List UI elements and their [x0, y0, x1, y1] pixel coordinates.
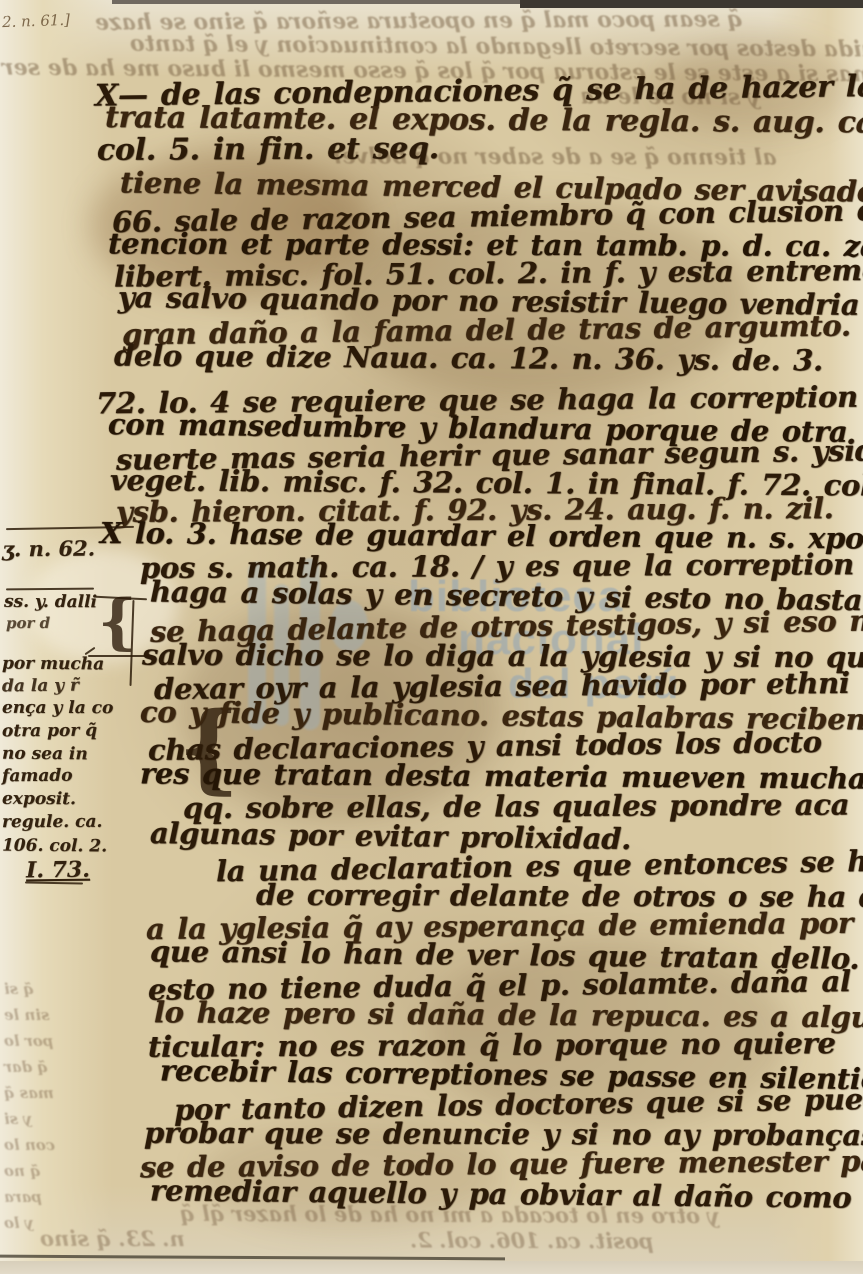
bleed-through-line: mas q̃ [4, 1084, 54, 1102]
manuscript-line: col. 5. in fin. et seq. [97, 131, 439, 168]
bleed-through-line: q̃ dar [4, 1058, 48, 1076]
page-bottom-edge-line [0, 1255, 505, 1261]
bleed-through-line: y si [4, 1110, 32, 1128]
manuscript-page: q̃ sean poco mal q̃ en opostura señora q… [0, 0, 863, 1274]
bleed-through-line: posit. ca. 106. col. 2. [410, 1227, 654, 1253]
bleed-through-line: por lo [4, 1032, 53, 1050]
bleed-through-line: para [4, 1188, 42, 1206]
margin-note: exposit. [2, 789, 76, 809]
margin-note: por mucha [2, 654, 104, 675]
ink-rule [6, 588, 94, 591]
manuscript-line: delo que dize Naua. ca. 12. n. 36. ys. d… [114, 339, 823, 378]
bleed-through-line: q̃ si [4, 980, 34, 998]
margin-note: da la y r̃ [2, 676, 79, 697]
folio-number-note: 2. n. 61.] [2, 11, 71, 31]
margin-note: famado [2, 766, 73, 787]
bleed-through-line: q̃ no [4, 1162, 41, 1180]
margin-note: I. 73. [26, 857, 90, 884]
margin-note: regule. ca. [2, 812, 102, 832]
margin-note: 106. col. 2. [2, 836, 107, 857]
margin-note: otra por q̃ [2, 721, 97, 742]
margin-note: por d [6, 614, 50, 632]
ink-brace: { [98, 592, 137, 652]
margin-note: ença y la co [2, 698, 113, 718]
page-bottom-strip [0, 1261, 863, 1274]
margin-note: ʒ. n. 62. [2, 536, 95, 562]
bleed-through-line: y lo [4, 1214, 34, 1232]
bleed-through-line: sin le [4, 1006, 50, 1024]
margin-note: no sea in [2, 744, 88, 765]
bleed-through-line: n. 23. q̃ sino [40, 1226, 185, 1251]
margin-note: ss. y. dalli [4, 592, 97, 612]
page-top-edge [112, 0, 542, 4]
bleed-through-line: con lo [4, 1136, 55, 1154]
